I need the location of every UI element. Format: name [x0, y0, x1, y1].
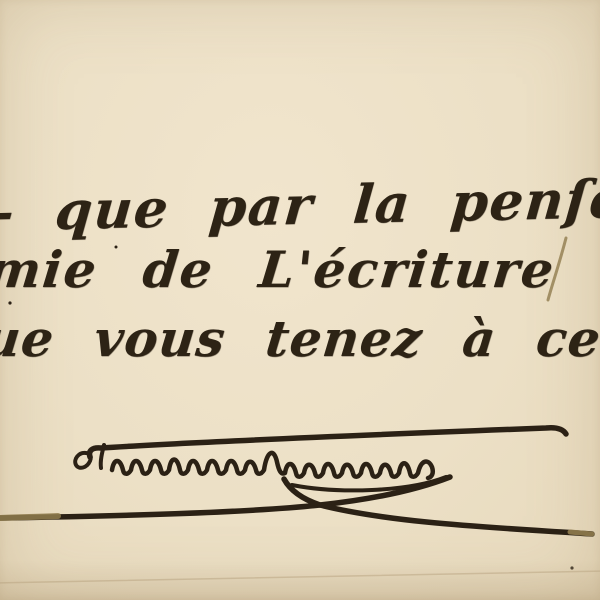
- paraph-left-faded-tip: [0, 516, 58, 518]
- signature-name-scribble: [112, 453, 433, 478]
- signature-paraph-left-tail: [0, 477, 450, 518]
- letter-page: – que par la penſée q'il mie de L'écritu…: [0, 0, 600, 600]
- signature-scribble: [0, 0, 600, 600]
- faded-ink-descender: [548, 238, 566, 300]
- ink-specks: [8, 246, 573, 570]
- paraph-right-faded-tip: [570, 532, 592, 534]
- signature-overline: [89, 428, 566, 457]
- signature-paraph-right-tail: [284, 479, 592, 534]
- paper-bottom-edge: [0, 560, 600, 600]
